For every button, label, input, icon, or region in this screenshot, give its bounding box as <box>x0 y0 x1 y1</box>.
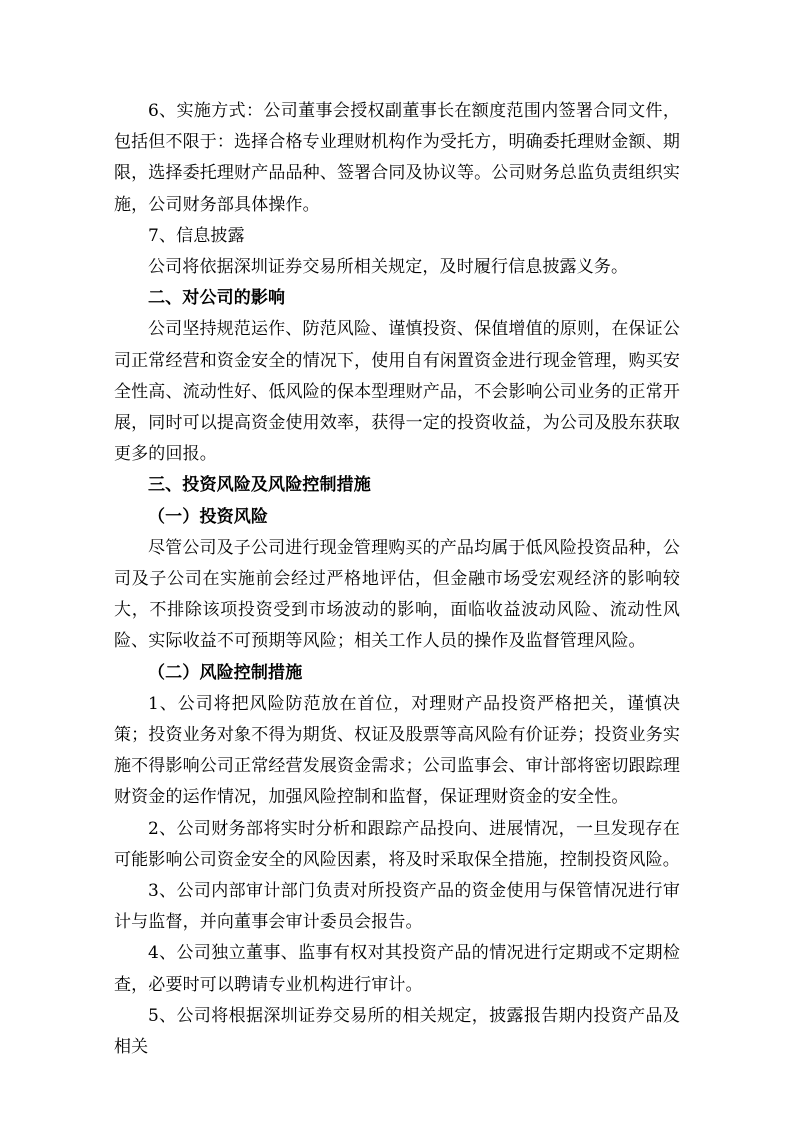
paragraph-implementation-method: 6、实施方式：公司董事会授权副董事长在额度范围内签署合同文件，包括但不限于：选择… <box>114 96 680 221</box>
paragraph-risk-control-3: 3、公司内部审计部门负责对所投资产品的资金使用与保管情况进行审计与监督，并向董事… <box>114 876 680 938</box>
heading-section-2-company-impact: 二、对公司的影响 <box>114 283 680 314</box>
paragraph-company-impact-body: 公司坚持规范运作、防范风险、谨慎投资、保值增值的原则，在保证公司正常经营和资金安… <box>114 314 680 470</box>
paragraph-investment-risk-body: 尽管公司及子公司进行现金管理购买的产品均属于低风险投资品种，公司及子公司在实施前… <box>114 533 680 658</box>
paragraph-risk-control-1: 1、公司将把风险防范放在首位，对理财产品投资严格把关，谨慎决策；投资业务对象不得… <box>114 689 680 814</box>
paragraph-risk-control-2: 2、公司财务部将实时分析和跟踪产品投向、进展情况，一旦发现存在可能影响公司资金安… <box>114 814 680 876</box>
heading-3-2-risk-control-measures: （二）风险控制措施 <box>114 658 680 689</box>
heading-3-1-investment-risk: （一）投资风险 <box>114 502 680 533</box>
paragraph-risk-control-4: 4、公司独立董事、监事有权对其投资产品的情况进行定期或不定期检查，必要时可以聘请… <box>114 938 680 1000</box>
heading-section-3-risk-and-control: 三、投资风险及风险控制措施 <box>114 470 680 501</box>
paragraph-info-disclosure-item: 7、信息披露 <box>114 221 680 252</box>
document-content: 6、实施方式：公司董事会授权副董事长在额度范围内签署合同文件，包括但不限于：选择… <box>0 0 793 1063</box>
paragraph-info-disclosure-body: 公司将依据深圳证券交易所相关规定，及时履行信息披露义务。 <box>114 252 680 283</box>
document-page: 6、实施方式：公司董事会授权副董事长在额度范围内签署合同文件，包括但不限于：选择… <box>0 0 793 1122</box>
paragraph-risk-control-5: 5、公司将根据深圳证券交易所的相关规定，披露报告期内投资产品及相关 <box>114 1001 680 1063</box>
